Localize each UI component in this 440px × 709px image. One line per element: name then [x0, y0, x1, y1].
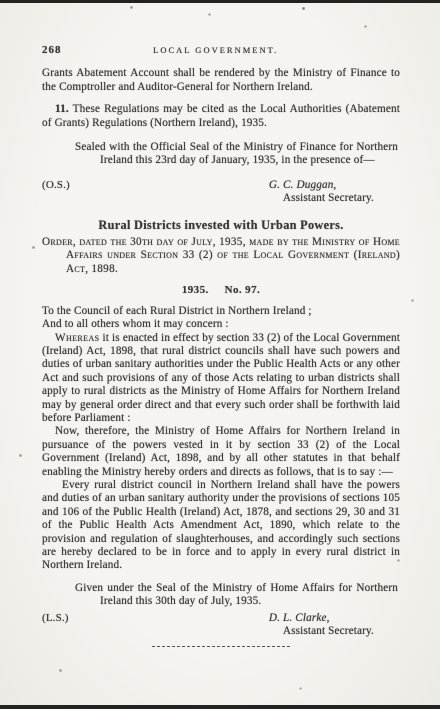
order-heading: Rural Districts invested with Urban Powe… [42, 219, 400, 232]
signatory-title: Assistant Secretary. [269, 192, 374, 204]
page-content: 268 LOCAL GOVERNMENT. Grants Abatement A… [42, 44, 400, 647]
whereas-lead: Whereas [55, 332, 99, 344]
scan-edge-bottom [0, 705, 440, 709]
signatory-name: D. L. Clarke, [269, 612, 330, 624]
order-reference-year: 1935. [182, 284, 209, 297]
addressee-line-1: To the Council of each Rural District in… [42, 305, 400, 318]
paragraph-whereas: Whereas it is enacted in effect by secti… [42, 332, 400, 426]
section-end-rule [152, 646, 290, 647]
scanned-document-page: 268 LOCAL GOVERNMENT. Grants Abatement A… [0, 0, 440, 709]
order-reference: 1935. No. 97. [42, 284, 400, 297]
signature-row-home-affairs: (L.S.) D. L. Clarke, Assistant Secretary… [42, 612, 400, 639]
paragraph-grants-abatement: Grants Abatement Account shall be render… [42, 67, 400, 94]
sealing-clause: Sealed with the Official Seal of the Min… [42, 141, 398, 168]
signatory-name: G. C. Duggan, [269, 179, 337, 191]
signatory-title: Assistant Secretary. [269, 625, 374, 637]
legal-seal-mark: (L.S.) [42, 612, 69, 625]
citation-number: 11. [55, 103, 69, 115]
whereas-text: it is enacted in effect by section 33 (2… [42, 332, 400, 424]
scan-noise-specks [0, 0, 1, 1]
paragraph-operative: Every rural district council in Northern… [42, 479, 400, 573]
signature-block-duggan: G. C. Duggan, Assistant Secretary. [269, 179, 374, 206]
citation-text: These Regulations may be cited as the Lo… [42, 103, 400, 128]
order-reference-number: No. 97. [225, 284, 261, 297]
signature-row-finance: (O.S.) G. C. Duggan, Assistant Secretary… [42, 179, 400, 206]
order-recital: Order, dated the 30th day of July, 1935,… [42, 236, 400, 276]
official-seal-mark: (O.S.) [42, 179, 70, 192]
running-header: LOCAL GOVERNMENT. [62, 44, 401, 57]
paragraph-citation: 11. These Regulations may be cited as th… [42, 103, 400, 130]
signature-block-clarke: D. L. Clarke, Assistant Secretary. [269, 612, 374, 639]
scan-edge-top [0, 0, 440, 3]
addressee-line-2: And to all others whom it may concern : [42, 318, 400, 331]
running-header-row: 268 LOCAL GOVERNMENT. [42, 44, 400, 57]
paragraph-now-therefore: Now, therefore, the Ministry of Home Aff… [42, 425, 400, 479]
testimonium-clause: Given under the Seal of the Ministry of … [42, 582, 398, 609]
page-number: 268 [42, 44, 62, 57]
